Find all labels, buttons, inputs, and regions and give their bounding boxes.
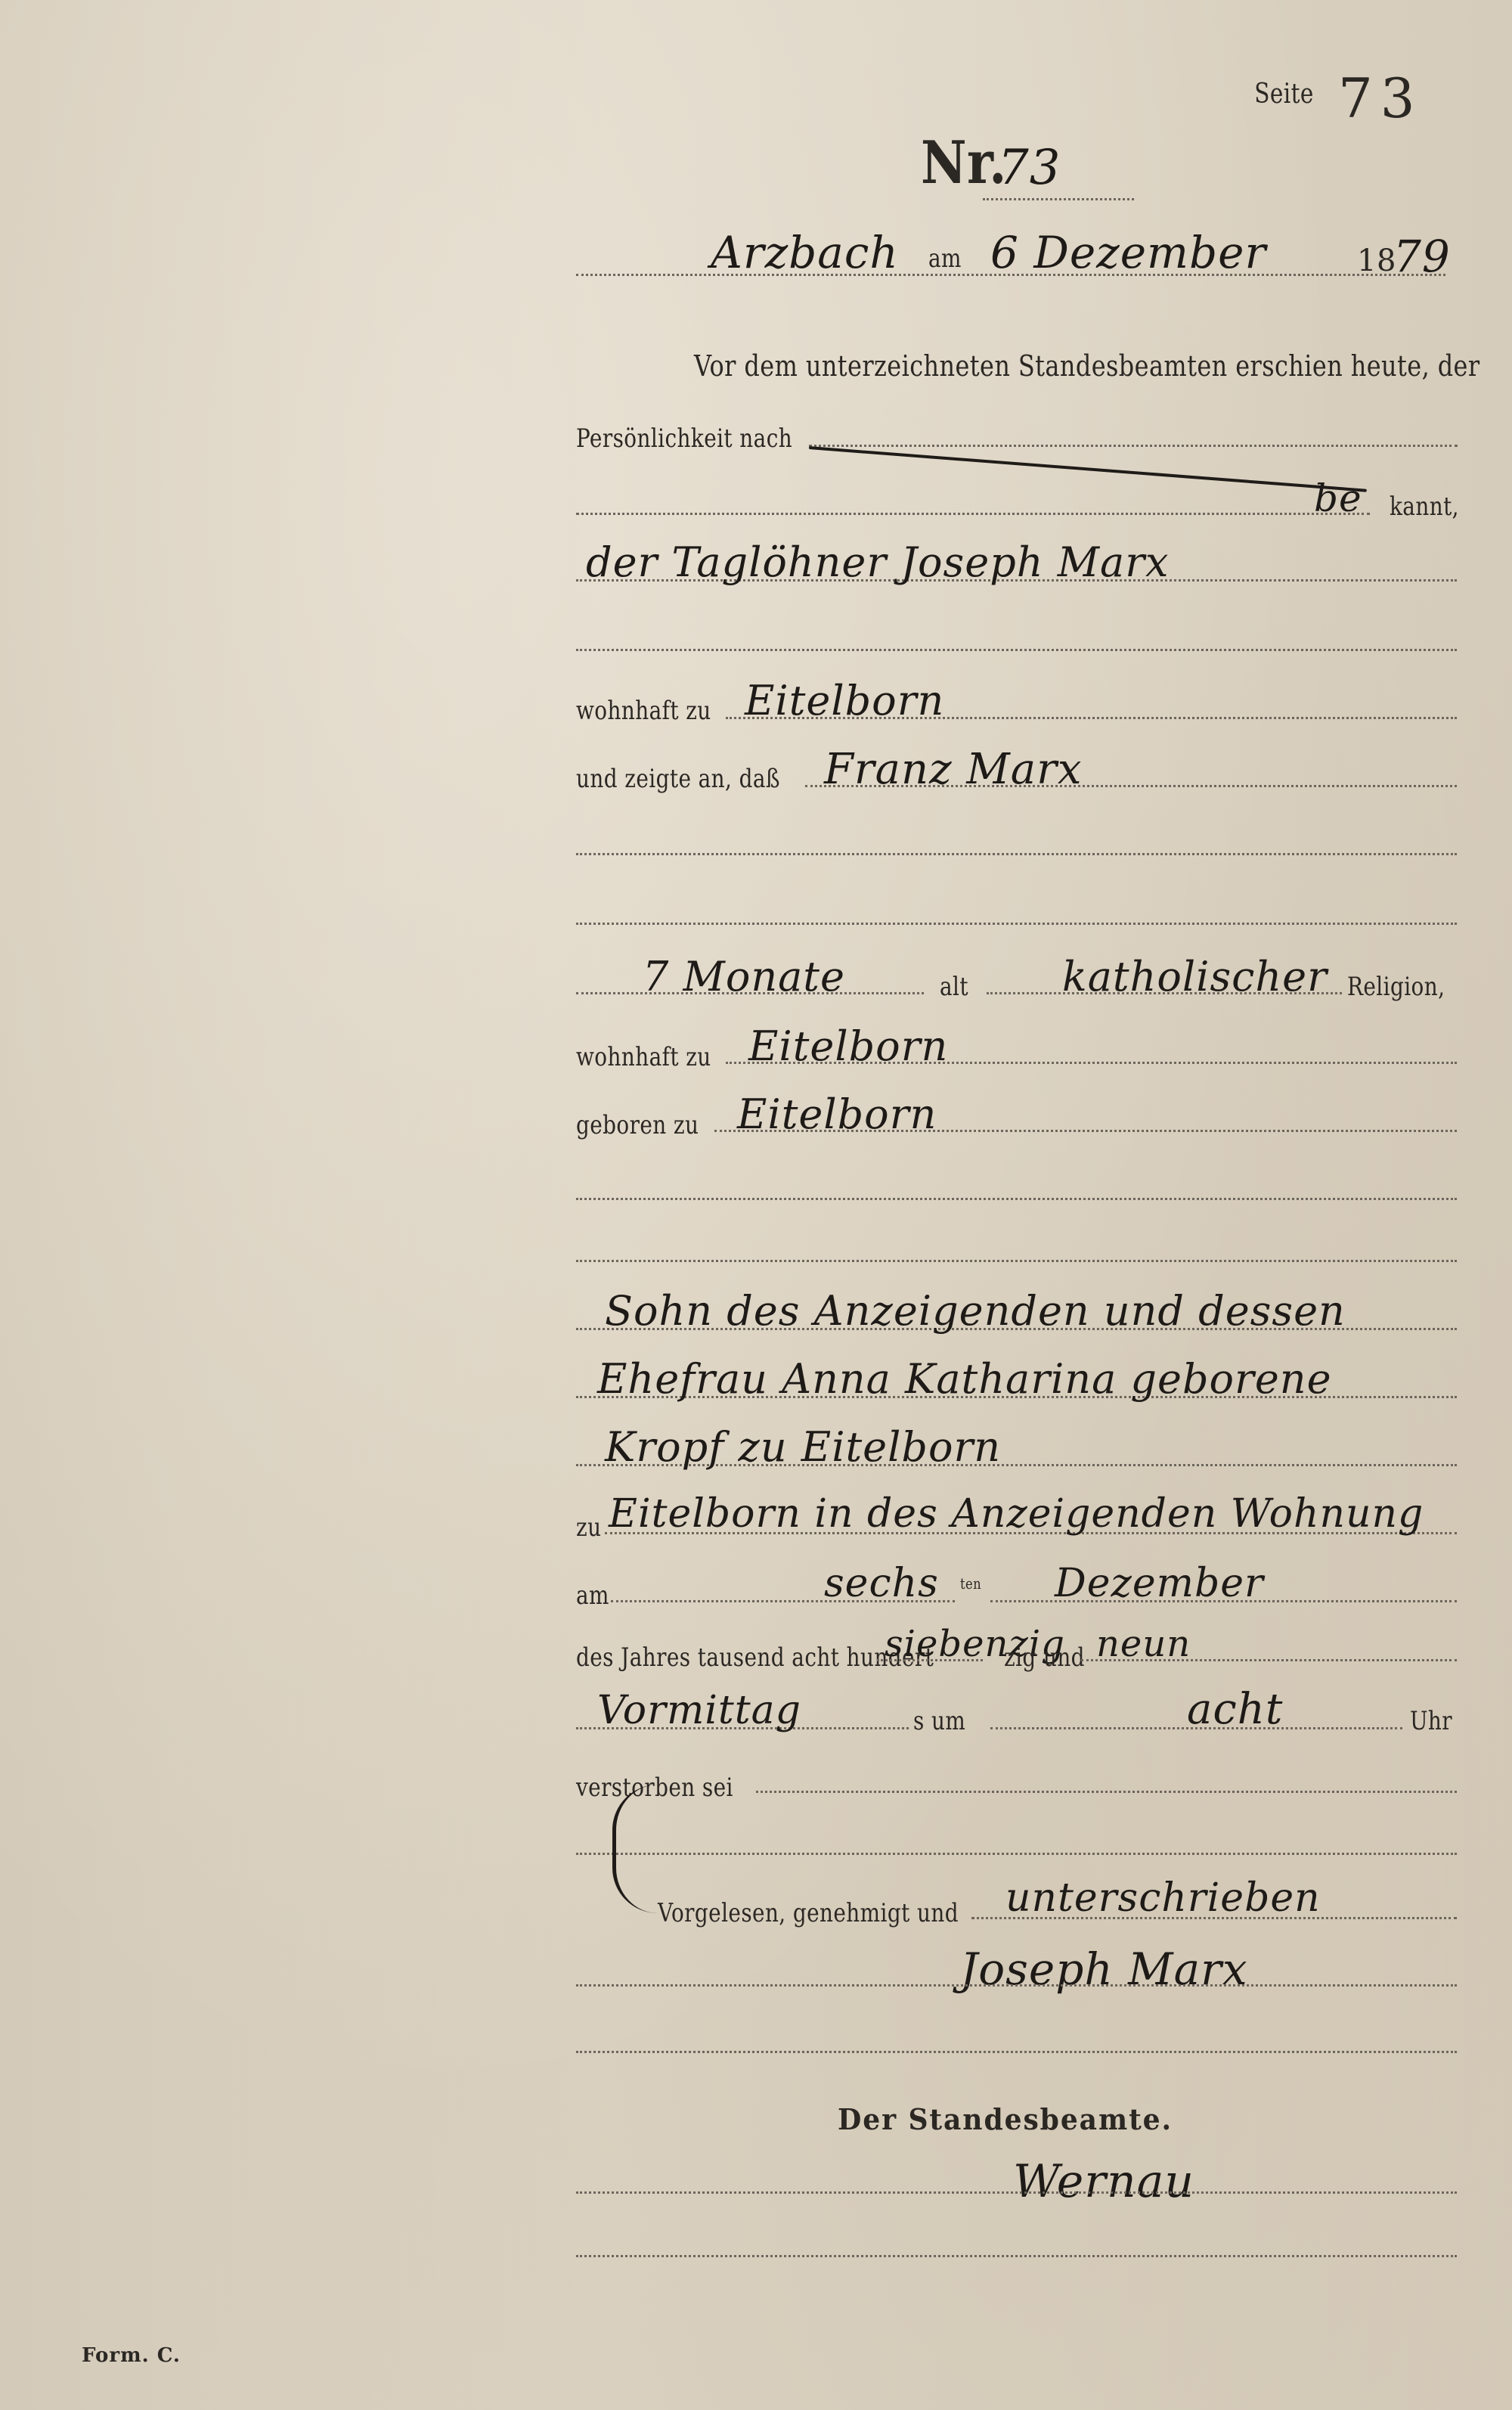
year-prefix: 18 [1357,243,1396,278]
entry-number: 73 [998,140,1061,196]
deceased-rule-2 [576,853,1457,855]
year-suffix: 79 [1393,231,1451,282]
informant-rule-2 [576,649,1457,651]
age-label: alt [940,972,968,1002]
religion-label: Religion, [1347,972,1445,1002]
year-units-field: neun [1096,1623,1191,1665]
strike-through-line [809,446,1367,492]
deceased-name-field: Franz Marx [824,745,1082,794]
registrar-rule-2 [576,2255,1457,2257]
birthplace-rule-3 [576,1260,1457,1262]
death-day-suffix: ten [960,1574,981,1593]
date-field: 6 Dezember [990,227,1266,278]
informant-signature: Joseph Marx [960,1943,1248,1995]
hour-label: Uhr [1410,1706,1452,1736]
declared-label: und zeigte an, daß [576,764,780,794]
religion-field: katholischer [1062,953,1328,1000]
time-of-day-field: Vormittag [597,1688,801,1733]
informant-field: der Taglöhner Joseph Marx [586,538,1169,586]
signature-rule-2 [576,2051,1457,2053]
identity-suffix-print: kannt, [1390,492,1459,522]
form-mark: Form. C. [82,2344,181,2367]
deceased-residence-label: wohnhaft zu [576,1042,711,1072]
entry-number-rule [983,198,1134,200]
death-month-field: Dezember [1055,1561,1264,1606]
age-field: 7 Monate [643,953,845,1000]
birthplace-rule-2 [576,1198,1457,1200]
registrar-heading: Der Standesbeamte. [838,2102,1173,2136]
approval-label: Vorgelesen, genehmigt und [658,1898,959,1928]
death-day-label: am [576,1580,609,1611]
birthplace-field: Eitelborn [737,1090,937,1138]
page-number: 73 [1338,67,1423,130]
page-label: Seite [1254,79,1314,110]
parents-line-3: Kropf zu Eitelborn [605,1423,1001,1471]
identity-rule-2 [576,513,1370,515]
deceased-rule-3 [576,923,1457,925]
entry-number-label: Nr. [921,129,1007,197]
place-field: Arzbach [711,227,899,278]
hour-field: acht [1187,1685,1283,1734]
deceased-residence-field: Eitelborn [748,1022,948,1070]
time-of-day-suffix: s um [913,1706,965,1736]
identity-suffix-hand: be [1314,476,1362,520]
am-label: am [928,243,962,274]
intro-text: Vor dem unterzeichneten Standesbeamten e… [694,349,1480,383]
registrar-rule [576,2191,1457,2194]
identity-rule-1 [809,445,1458,447]
year-text-label: des Jahres tausend acht hundert [576,1642,934,1673]
signature-rule [576,1984,1457,1987]
died-rule [756,1791,1457,1793]
died-rule-2 [576,1853,1457,1855]
identity-label: Persönlichkeit nach [576,423,792,454]
handwritten-bracket [612,1785,661,1913]
birthplace-label: geboren zu [576,1110,699,1140]
death-place-field: Eitelborn in des Anzeigenden Wohnung [609,1491,1424,1537]
residence-label: wohnhaft zu [576,696,711,726]
death-place-label: zu [576,1512,601,1543]
parents-line-2: Ehefrau Anna Katharina geborene [597,1355,1332,1403]
parents-line-1: Sohn des Anzeigenden und dessen [605,1287,1346,1335]
page-label-text: Seite [1254,79,1314,110]
year-tens-label: zig und [1004,1642,1085,1673]
death-day-field: sechs [824,1561,939,1606]
registrar-signature: Wernau [1013,2155,1194,2208]
approval-hand-field: unterschrieben [1005,1875,1321,1921]
informant-residence-field: Eitelborn [745,677,944,724]
